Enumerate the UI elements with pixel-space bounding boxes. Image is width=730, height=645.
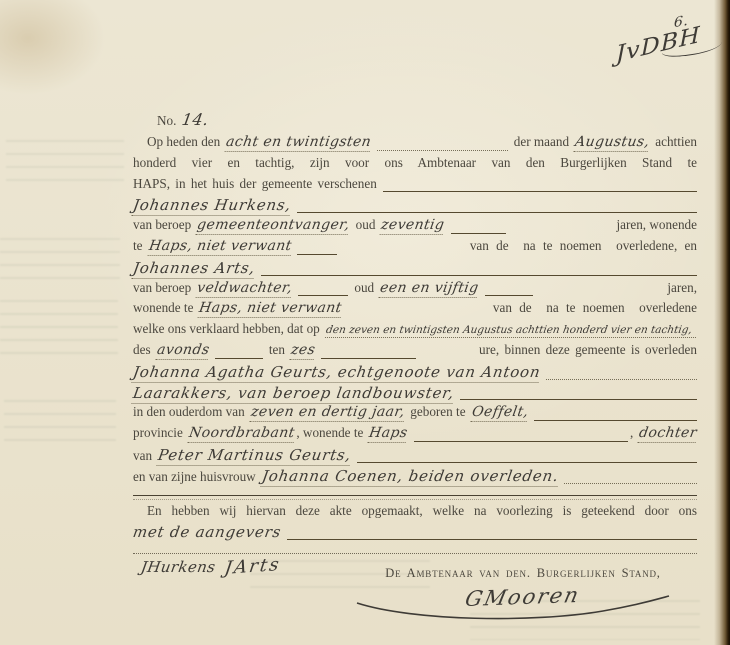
official-title: De Ambtenaar van den. Burgerlijken Stand… [353, 566, 693, 581]
handwritten-province: Noordbrabant [187, 425, 295, 443]
blank-fill-line [357, 462, 697, 463]
closing-line: En hebben wij hiervan deze akte opgemaak… [133, 503, 697, 524]
printed-text: der maand [514, 134, 569, 150]
declarant2-name-line: Johannes Arts, [133, 259, 697, 280]
printed-text: , [630, 425, 633, 441]
bleedthrough-mark [6, 140, 124, 188]
handwritten-residence: Haps, niet verwant [198, 300, 343, 318]
blank-fill-line [261, 275, 697, 276]
blank-fill-line [485, 295, 533, 296]
dotted-fill [546, 379, 697, 380]
record-number-line: No.14. [157, 110, 697, 134]
blank-fill-line [414, 441, 628, 442]
blank-fill-line [297, 212, 697, 213]
deceased-province-line: provincie Noordbrabant , wonende te Haps… [133, 425, 697, 446]
blank-fill-line [298, 295, 348, 296]
blank-fill-line [215, 358, 263, 359]
printed-text: jaren, wonende [616, 217, 697, 233]
closing-hand-line: met de aangevers [133, 523, 697, 544]
handwritten-father-name: Peter Martinus Geurts, [156, 446, 352, 466]
declarant2-residence-line: wonende te Haps, niet verwant van de na … [133, 300, 697, 321]
declarant-signatures: JHurkens JArts [141, 558, 280, 577]
page-binding-edge [714, 0, 730, 645]
blank-fill-line [321, 358, 416, 359]
official-signature-block: De Ambtenaar van den. Burgerlijken Stand… [353, 558, 693, 625]
blank-fill-line [451, 233, 506, 234]
intro-line-2: honderd vier en tachtig, zijn voor ons A… [133, 155, 697, 176]
printed-text: wonende te [133, 300, 193, 316]
printed-text: van beroep [133, 217, 191, 233]
handwritten-occupation: gemeenteontvanger, [196, 217, 351, 235]
section-divider-rule [133, 495, 697, 500]
official-signature-name: GMooren [463, 583, 583, 611]
father-line: van Peter Martinus Geurts, [133, 446, 697, 467]
handwritten-residence: Haps [368, 425, 409, 443]
deceased-name-line-2: Laarakkers, van beroep landbouwster, [133, 384, 697, 405]
declarant2-signature: JArts [223, 554, 282, 579]
intro-line-1: Op heden den acht en twintigsten der maa… [133, 134, 697, 155]
blank-fill-line [297, 254, 337, 255]
handwritten-occupation: veldwachter, [196, 280, 294, 298]
dotted-fill [377, 150, 508, 151]
record-no-value: 14. [181, 110, 211, 129]
handwritten-birthplace: Oeffelt, [470, 404, 529, 422]
intro-line-3: HAPS, in het huis der gemeente verschene… [133, 176, 697, 197]
declarant1-residence-line: te Haps, niet verwant van de na te noeme… [133, 238, 697, 259]
declaration-line: welke ons verklaard hebben, dat op den z… [133, 321, 697, 342]
bleedthrough-mark [4, 400, 116, 446]
handwritten-declarant1-name: Johannes Hurkens, [131, 196, 292, 216]
mother-line: en van zijne huisvrouw Johanna Coenen, b… [133, 467, 697, 488]
official-signature: GMooren [353, 585, 693, 625]
document-page: 6. JvDBH No.14. Op heden den acht en twi… [0, 0, 730, 645]
deceased-age-line: in den ouderdom van zeven en dertig jaar… [133, 404, 697, 425]
printed-text: provincie [133, 425, 183, 441]
deceased-name-line-1: Johanna Agatha Geurts, echtgenoote van A… [133, 363, 697, 384]
handwritten-declarant2-name: Johannes Arts, [131, 259, 256, 279]
dotted-fill [564, 483, 697, 484]
signature-block: JHurkens JArts De Ambtenaar van den. Bur… [133, 558, 697, 625]
printed-text: jaren, [667, 280, 697, 296]
handwritten-daughter-word: dochter [638, 425, 699, 443]
printed-text: des [133, 342, 151, 358]
printed-text: Op heden den [147, 134, 220, 150]
blank-fill-line [534, 420, 697, 421]
printed-text: geboren te [410, 404, 465, 420]
printed-text: en van zijne huisvrouw [133, 469, 256, 485]
handwritten-age: zeventig [380, 217, 446, 235]
handwritten-daypart: avonds [155, 342, 210, 360]
death-time-line: des avonds ten zes ure, binnen deze geme… [133, 342, 697, 363]
printed-text: te [133, 238, 143, 254]
printed-text: van [133, 448, 152, 464]
handwritten-age: een en vijftig [379, 280, 480, 298]
blank-fill-line [383, 191, 697, 192]
blank-fill-line [287, 539, 697, 540]
record-no-label: No. [157, 113, 176, 129]
handwritten-deceased-name: Johanna Agatha Geurts, echtgenoote van A… [131, 363, 542, 383]
printed-text: HAPS, in het huis der gemeente verschene… [133, 176, 377, 192]
handwritten-deceased-occupation: Laarakkers, van beroep landbouwster, [131, 384, 455, 404]
handwritten-residence: Haps, niet verwant [147, 238, 292, 256]
printed-text: achttien [655, 134, 697, 150]
printed-text: van de na te noemen overledene [493, 300, 697, 316]
handwritten-deceased-age: zeven en dertig jaar, [249, 404, 405, 422]
printed-text: van beroep [133, 280, 191, 296]
printed-text: oud [354, 280, 374, 296]
declarant1-occupation-line: van beroep gemeenteontvanger, oud zevent… [133, 217, 697, 238]
handwritten-hour: zes [290, 342, 317, 360]
blank-fill-line [460, 399, 697, 400]
handwritten-closing: met de aangevers [132, 523, 283, 541]
handwritten-death-date: den zeven en twintigsten Augustus achtti… [325, 324, 698, 338]
printed-text: in den ouderdom van [133, 404, 245, 420]
declarant1-signature: JHurkens [140, 558, 217, 576]
handwritten-mother-name: Johanna Coenen, beiden overleden. [260, 467, 560, 487]
printed-text: oud [356, 217, 376, 233]
signature-divider-rule [133, 553, 697, 554]
declarant2-occupation-line: van beroep veldwachter, oud een en vijft… [133, 280, 697, 301]
printed-text: , wonende te [296, 425, 363, 441]
printed-text: ure, binnen deze gemeente is overleden [479, 342, 697, 358]
clerk-initials: JvDBH [616, 22, 701, 67]
printed-text: welke ons verklaard hebben, dat op [133, 321, 320, 337]
handwritten-month: Augustus, [574, 134, 651, 152]
printed-text: van de na te noemen overledene, en [470, 238, 697, 254]
handwritten-day: acht en twintigsten [225, 134, 373, 152]
declarant1-name-line: Johannes Hurkens, [133, 196, 697, 217]
bleedthrough-mark [0, 238, 120, 282]
act-body: No.14. Op heden den acht en twintigsten … [133, 110, 697, 625]
bleedthrough-mark [0, 300, 118, 360]
printed-text: ten [269, 342, 285, 358]
